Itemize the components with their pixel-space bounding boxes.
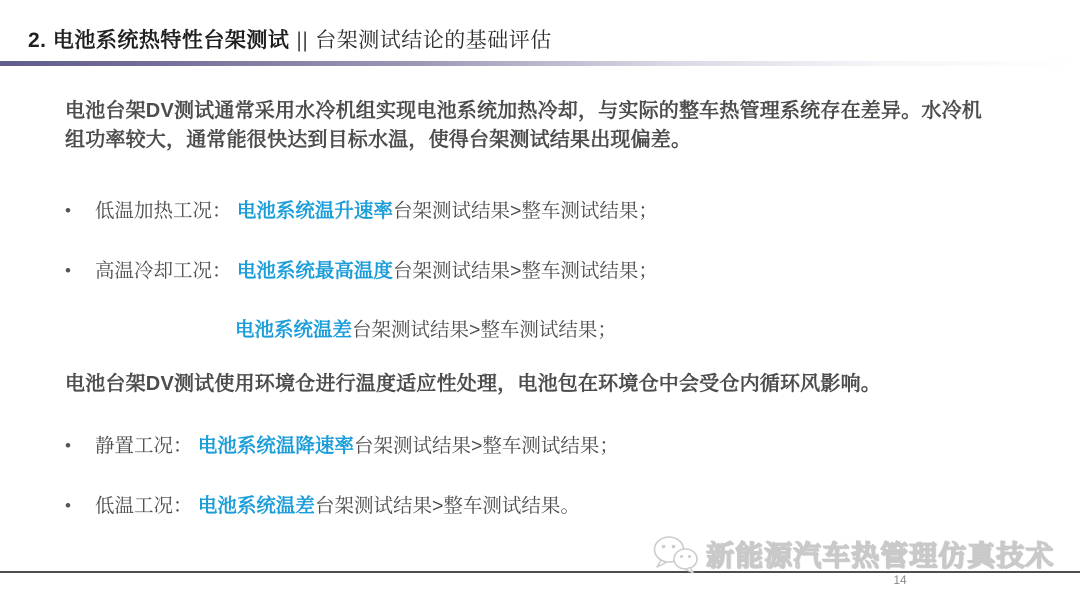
bullet-icon: • [65,436,95,456]
bullet-rest: 台架测试结果>整车测试结果。 [315,495,580,517]
bullet-highlight: 电池系统温升速率 [237,200,393,222]
bullet-rest: 台架测试结果>整车测试结果； [354,435,619,457]
watermark-text: 新能源汽车热管理仿真技术 [706,534,1054,574]
bullet-icon: • [65,496,95,516]
bullet-highlight: 电池系统最高温度 [237,260,393,282]
bullet-rest: 台架测试结果>整车测试结果； [393,260,658,282]
list-item: •静置工况： 电池系统温降速率台架测试结果>整车测试结果； [65,430,619,458]
page-title-section: 2. 电池系统热特性台架测试 [28,29,289,52]
bullet-highlight: 电池系统温降速率 [198,435,354,457]
list-item: •低温加热工况： 电池系统温升速率台架测试结果>整车测试结果； [65,195,658,223]
paragraph-bench-dv-cooling: 电池台架DV测试通常采用水冷机组实现电池系统加热冷却，与实际的整车热管理系统存在… [65,97,997,155]
page-number: 14 [888,573,912,587]
list-item: •高温冷却工况： 电池系统最高温度台架测试结果>整车测试结果； [65,255,658,283]
bullet-highlight: 电池系统温差 [235,319,352,341]
bullet-icon: • [65,201,95,221]
page-title-subtitle: 台架测试结论的基础评估 [315,29,552,52]
list-item: •低温工况： 电池系统温差台架测试结果>整车测试结果。 [65,490,580,518]
wechat-logo-icon [652,534,700,574]
paragraph-environment-chamber: 电池台架DV测试使用环境仓进行温度适应性处理，电池包在环境仓中会受仓内循环风影响… [65,370,997,399]
watermark: 新能源汽车热管理仿真技术 [652,534,1054,574]
bullet-icon: • [65,261,95,281]
page-title: 2. 电池系统热特性台架测试||台架测试结论的基础评估 [28,24,552,54]
bullet-highlight: 电池系统温差 [198,495,315,517]
bullet-label: 低温工况： [95,495,198,517]
bullet-rest: 台架测试结果>整车测试结果； [393,200,658,222]
page-title-separator: || [296,29,308,52]
bullet-label: 高温冷却工况： [95,260,237,282]
presentation-slide: 2. 电池系统热特性台架测试||台架测试结论的基础评估 电池台架DV测试通常采用… [0,0,1080,608]
list-item-continuation: 电池系统温差台架测试结果>整车测试结果； [235,314,617,342]
title-divider-bar [0,61,1080,66]
bullet-label: 低温加热工况： [95,200,237,222]
bullet-rest: 台架测试结果>整车测试结果； [352,319,617,341]
bullet-label: 静置工况： [95,435,198,457]
